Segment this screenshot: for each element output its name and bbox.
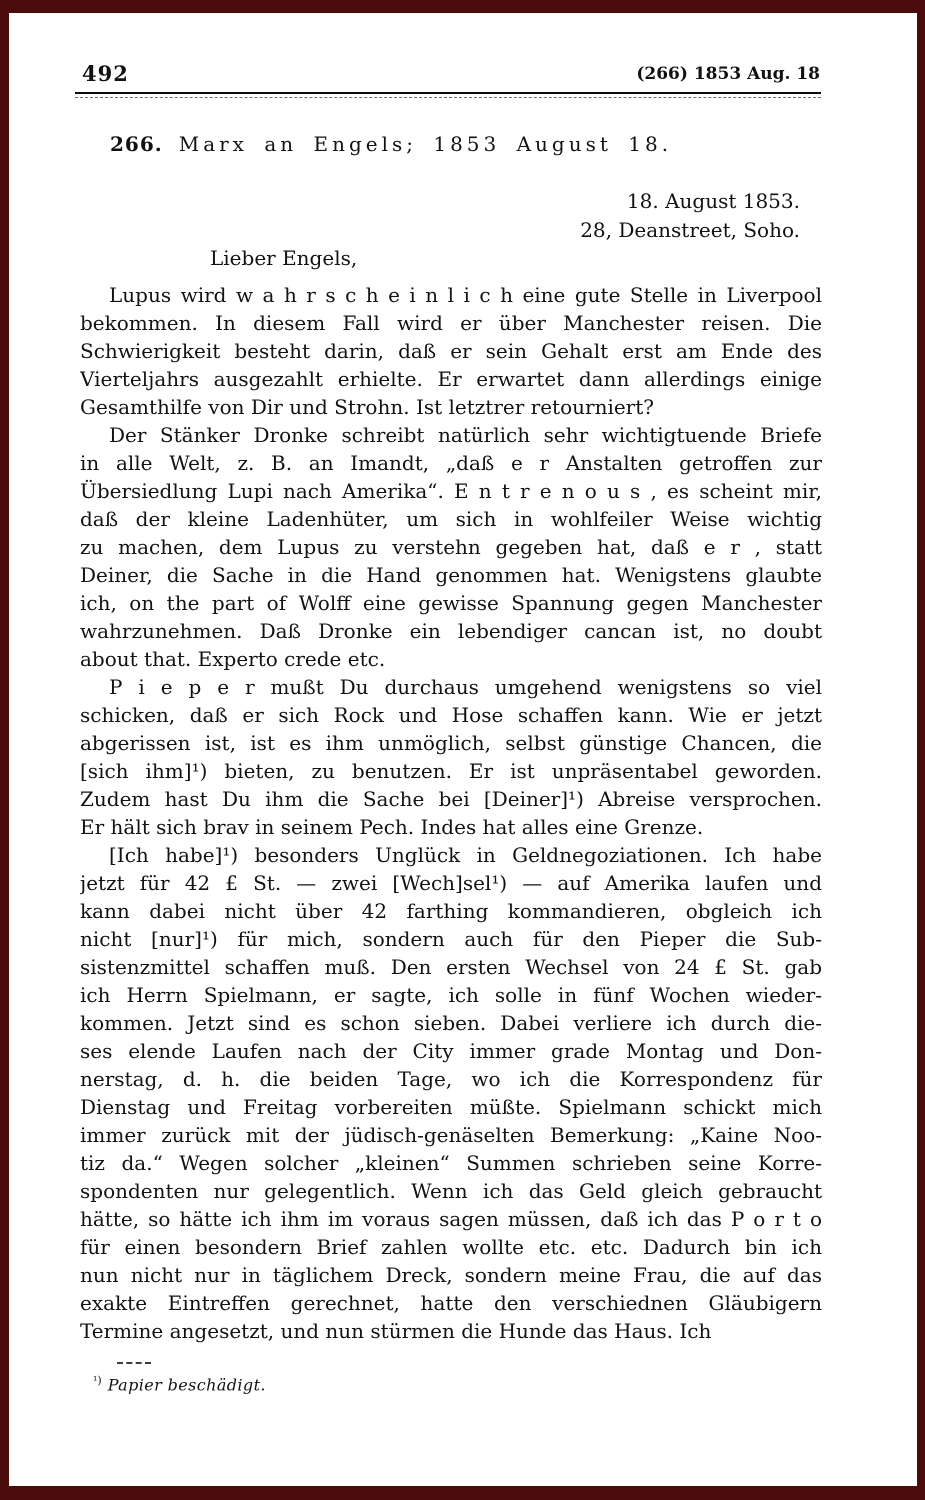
scanned-book-page: 492 (266) 1853 Aug. 18 266.Marx an Engel…	[0, 0, 925, 1500]
text-line-content: schicken, daß er sich Rock und Hose scha…	[80, 703, 822, 727]
text-line-content: Zudem hast Du ihm die Sache bei [Deiner]…	[80, 787, 822, 811]
text-line: in alle Welt, z. B. an Imandt, „daß e r …	[80, 449, 822, 477]
text-line-content: spondenten nur gelegentlich. Wenn ich da…	[80, 1179, 822, 1203]
text-line-content: Termine angesetzt, und nun stürmen die H…	[80, 1319, 711, 1343]
text-line-content: Übersiedlung Lupi nach Amerika“. E n t r…	[80, 479, 822, 503]
text-line-content: P i e p e r mußt Du durchaus umgehend we…	[109, 675, 822, 699]
text-line-content: [sich ihm]¹) bieten, zu benutzen. Er ist…	[80, 759, 822, 783]
text-line: Übersiedlung Lupi nach Amerika“. E n t r…	[80, 477, 822, 505]
text-line: Termine angesetzt, und nun stürmen die H…	[80, 1317, 822, 1345]
text-line: sistenzmittel schaffen muß. Den ersten W…	[80, 953, 822, 981]
text-line: schicken, daß er sich Rock und Hose scha…	[80, 701, 822, 729]
footnote-marker: ¹)	[93, 1374, 102, 1387]
text-line: Gesamthilfe von Dir und Strohn. Ist letz…	[80, 393, 822, 421]
text-line: hätte, so hätte ich ihm im voraus sagen …	[80, 1205, 822, 1233]
text-line-content: jetzt für 42 £ St. — zwei [Wech]sel¹) — …	[80, 871, 822, 895]
text-line-content: sistenzmittel schaffen muß. Den ersten W…	[80, 955, 822, 979]
text-line: für einen besondern Brief zahlen wollte …	[80, 1233, 822, 1261]
text-line-content: wahrzunehmen. Daß Dronke ein lebendiger …	[80, 619, 822, 643]
text-line: daß der kleine Ladenhüter, um sich in wo…	[80, 505, 822, 533]
text-line: bekommen. In diesem Fall wird er über Ma…	[80, 309, 822, 337]
page-number: 492	[82, 61, 129, 86]
text-line-content: nun nicht nur in täglichem Dreck, sonder…	[80, 1263, 822, 1287]
text-line-content: Er hält sich brav in seinem Pech. Indes …	[80, 815, 703, 839]
text-line: Lupus wird w a h r s c h e i n l i c h e…	[80, 281, 822, 309]
text-line: nun nicht nur in täglichem Dreck, sonder…	[80, 1261, 822, 1289]
text-line-content: ses elende Laufen nach der City immer gr…	[80, 1039, 822, 1063]
text-line-content: Schwierigkeit besteht darin, daß er sein…	[80, 339, 822, 363]
text-line-content: Lupus wird w a h r s c h e i n l i c h e…	[109, 283, 822, 307]
letter-number: 266.	[110, 132, 163, 156]
running-title: (266) 1853 Aug. 18	[636, 64, 820, 84]
text-line: about that. Experto crede etc.	[80, 645, 822, 673]
text-line-content: [Ich habe]¹) besonders Unglück in Geldne…	[109, 843, 822, 867]
salutation: Lieber Engels,	[210, 246, 357, 270]
text-line: tiz da.“ Wegen solcher „kleinen“ Summen …	[80, 1149, 822, 1177]
text-line-content: abgerissen ist, ist es ihm unmöglich, se…	[80, 731, 822, 755]
footnote-text: Papier beschädigt.	[108, 1375, 266, 1394]
text-line: jetzt für 42 £ St. — zwei [Wech]sel¹) — …	[80, 869, 822, 897]
text-line-content: hätte, so hätte ich ihm im voraus sagen …	[80, 1207, 822, 1231]
text-line: Dienstag und Freitag vorbereiten müßte. …	[80, 1093, 822, 1121]
text-line: zu machen, dem Lupus zu verstehn gegeben…	[80, 533, 822, 561]
text-line: immer zurück mit der jüdisch-genäselten …	[80, 1121, 822, 1149]
text-line-content: für einen besondern Brief zahlen wollte …	[80, 1235, 822, 1259]
text-line: ich, on the part of Wolff eine gewisse S…	[80, 589, 822, 617]
text-line-content: Deiner, die Sache in die Hand genommen h…	[80, 563, 822, 587]
text-line: kommen. Jetzt sind es schon sieben. Dabe…	[80, 1009, 822, 1037]
text-line: Vierteljahrs ausgezahlt erhielte. Er erw…	[80, 365, 822, 393]
page-surface: 492 (266) 1853 Aug. 18 266.Marx an Engel…	[9, 13, 917, 1486]
text-line-content: kann dabei nicht über 42 farthing komman…	[80, 899, 822, 923]
text-line-content: kommen. Jetzt sind es schon sieben. Dabe…	[80, 1011, 822, 1035]
text-line-content: Der Stänker Dronke schreibt natürlich se…	[109, 423, 822, 447]
running-header: 492 (266) 1853 Aug. 18	[80, 61, 820, 91]
text-line: Zudem hast Du ihm die Sache bei [Deiner]…	[80, 785, 822, 813]
text-line-content: Dienstag und Freitag vorbereiten müßte. …	[80, 1095, 822, 1119]
text-line: nicht [nur]¹) für mich, sondern auch für…	[80, 925, 822, 953]
text-line-content: ich, on the part of Wolff eine gewisse S…	[80, 591, 822, 615]
text-line: ses elende Laufen nach der City immer gr…	[80, 1037, 822, 1065]
text-line-content: bekommen. In diesem Fall wird er über Ma…	[80, 311, 822, 335]
text-line-content: Vierteljahrs ausgezahlt erhielte. Er erw…	[80, 367, 822, 391]
dateline: 18. August 1853. 28, Deanstreet, Soho.	[580, 187, 800, 245]
header-rule	[75, 92, 821, 98]
text-line-content: tiz da.“ Wegen solcher „kleinen“ Summen …	[80, 1151, 822, 1175]
text-line: Er hält sich brav in seinem Pech. Indes …	[80, 813, 822, 841]
text-line-content: daß der kleine Ladenhüter, um sich in wo…	[80, 507, 822, 531]
text-line: [Ich habe]¹) besonders Unglück in Geldne…	[80, 841, 822, 869]
text-line-content: nerstag, d. h. die beiden Tage, wo ich d…	[80, 1067, 822, 1091]
text-line: nerstag, d. h. die beiden Tage, wo ich d…	[80, 1065, 822, 1093]
footnote-rule	[117, 1362, 151, 1364]
body-text: Lupus wird w a h r s c h e i n l i c h e…	[80, 281, 822, 1345]
text-line: Deiner, die Sache in die Hand genommen h…	[80, 561, 822, 589]
text-line: kann dabei nicht über 42 farthing komman…	[80, 897, 822, 925]
text-line: exakte Eintreffen gerechnet, hatte den v…	[80, 1289, 822, 1317]
text-line-content: zu machen, dem Lupus zu verstehn gegeben…	[80, 535, 822, 559]
letter-title: 266.Marx an Engels; 1853 August 18.	[110, 132, 672, 156]
text-line-content: in alle Welt, z. B. an Imandt, „daß e r …	[80, 451, 822, 475]
text-line: spondenten nur gelegentlich. Wenn ich da…	[80, 1177, 822, 1205]
text-line-content: exakte Eintreffen gerechnet, hatte den v…	[80, 1291, 822, 1315]
text-line: ich Herrn Spielmann, er sagte, ich solle…	[80, 981, 822, 1009]
text-line: abgerissen ist, ist es ihm unmöglich, se…	[80, 729, 822, 757]
text-line-content: ich Herrn Spielmann, er sagte, ich solle…	[80, 983, 822, 1007]
letter-title-text: Marx an Engels; 1853 August 18.	[179, 132, 672, 156]
text-line-content: about that. Experto crede etc.	[80, 647, 385, 671]
dateline-date: 18. August 1853.	[580, 187, 800, 216]
footnote: ¹)Papier beschädigt.	[93, 1374, 266, 1394]
text-line: wahrzunehmen. Daß Dronke ein lebendiger …	[80, 617, 822, 645]
text-line: P i e p e r mußt Du durchaus umgehend we…	[80, 673, 822, 701]
text-line: Der Stänker Dronke schreibt natürlich se…	[80, 421, 822, 449]
text-line-content: immer zurück mit der jüdisch-genäselten …	[80, 1123, 822, 1147]
text-line: Schwierigkeit besteht darin, daß er sein…	[80, 337, 822, 365]
text-line-content: nicht [nur]¹) für mich, sondern auch für…	[80, 927, 822, 951]
dateline-address: 28, Deanstreet, Soho.	[580, 216, 800, 245]
text-line-content: Gesamthilfe von Dir und Strohn. Ist letz…	[80, 395, 654, 419]
text-line: [sich ihm]¹) bieten, zu benutzen. Er ist…	[80, 757, 822, 785]
